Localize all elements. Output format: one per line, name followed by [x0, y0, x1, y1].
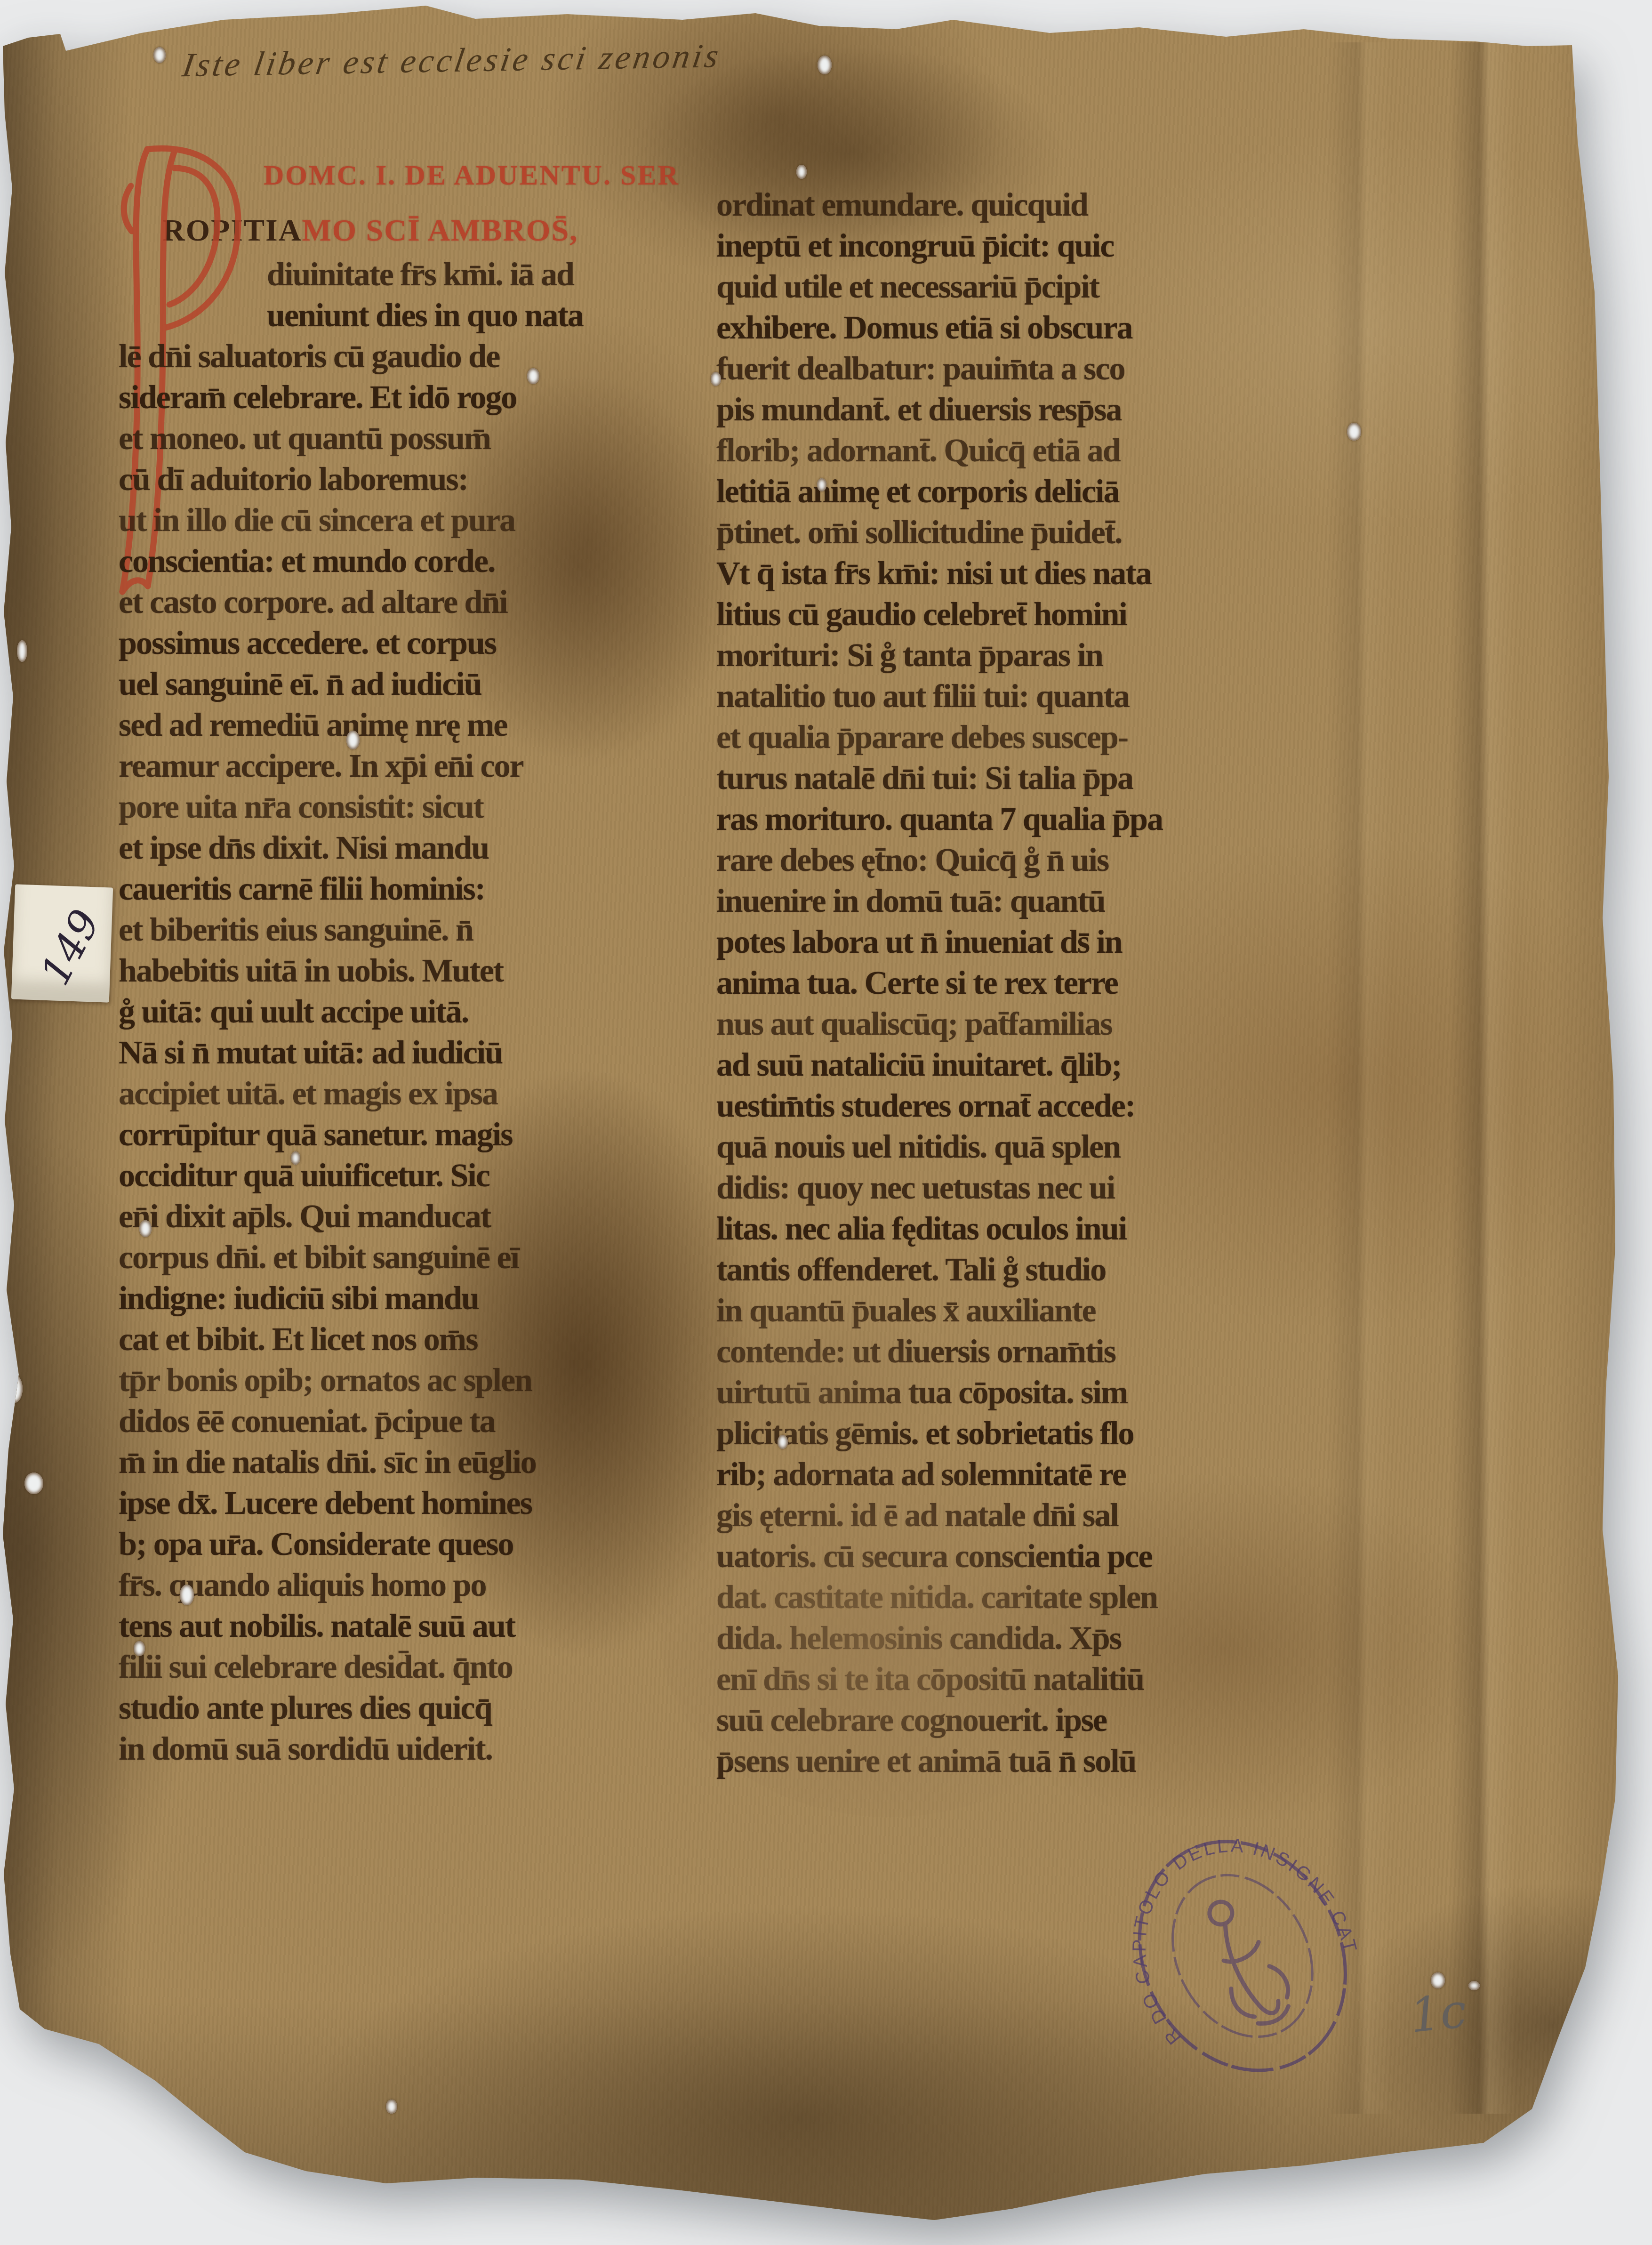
manuscript-line: sed ad remediū animę nrę me [119, 705, 721, 746]
manuscript-line: g̊ uitā: qui uult accipe uitā. [119, 991, 721, 1032]
manuscript-line: tp̄r bonis opib; ornatos ac splen [119, 1360, 721, 1401]
manuscript-line: reamur accipere. In xp̄i en̄i cor [119, 746, 721, 787]
manuscript-line: p̄sens uenire et animā tuā n̄ solū [716, 1741, 1366, 1782]
shelf-label: 149 [11, 884, 113, 1002]
manuscript-line: studio ante plures dies quicq̄ [119, 1688, 721, 1729]
worm-hole [24, 1473, 43, 1494]
worm-hole [7, 1375, 23, 1403]
manuscript-line: conscientia: et mundo corde. [119, 541, 721, 582]
manuscript-line: filii sui celebrare desid̄at. q̄nto [119, 1647, 721, 1688]
manuscript-line: contende: ut diuersis ornam̄tis [716, 1331, 1366, 1372]
manuscript-line: p̄tinet. om̄i sollicitudine p̄uidet̄. [716, 512, 1366, 553]
manuscript-line: turus natalē dn̄i tui: Si talia p̄pa [716, 758, 1366, 799]
manuscript-line: in quantū p̄uales x̄ auxiliante [716, 1290, 1366, 1331]
worm-hole [796, 165, 807, 179]
manuscript-line: anima tua. Certe si te rex terre [716, 963, 1366, 1004]
manuscript-line: b; opa ur̄a. Considerate queso [119, 1524, 721, 1565]
manuscript-line: litius cū gaudio celebret̄ homini [716, 594, 1366, 635]
manuscript-line: possimus accedere. et corpus [119, 623, 721, 664]
worm-hole [817, 478, 826, 491]
worm-hole [153, 47, 166, 63]
manuscript-line: dida. helemosinis candida. Xp̄s [716, 1618, 1366, 1659]
manuscript-line: lē dn̄i saluatoris cū gaudio de [119, 336, 721, 377]
manuscript-line: in domū suā sordidū uiderit. [119, 1729, 721, 1770]
manuscript-line: exhibere. Domus etiā si obscura [716, 307, 1366, 348]
manuscript-line: uestim̄tis studeres ornat̄ accede: [716, 1086, 1366, 1127]
manuscript-line: morituri: Si g̊ tanta p̄paras in [716, 635, 1366, 676]
manuscript-line: florib; adornant̄. Quicq̄ etiā ad [716, 430, 1366, 471]
manuscript-line: cat et bibit. Et licet nos om̄s [119, 1319, 721, 1360]
text-column-left: diuinitate fr̄s km̄i. iā adueniunt dies … [119, 254, 721, 1770]
worm-hole [818, 56, 832, 74]
manuscript-line: dat. castitate nitida. caritate splen [716, 1577, 1366, 1618]
parchment-leaf-wrapper: Iste liber est ecclesie sci zenonis DOMC… [0, 0, 1652, 2245]
manuscript-line: et casto corpore. ad altare dn̄i [119, 582, 721, 623]
manuscript-line: habebitis uitā in uobis. Mutet [119, 950, 721, 991]
manuscript-line: uel sanguinē eī. n̄ ad iudiciū [119, 664, 721, 705]
manuscript-line: et moneo. ut quantū possum̄ [119, 418, 721, 459]
rubric-line-1: DOMC. I. DE ADUENTU. SER [264, 159, 680, 192]
manuscript-line: pis mundant̄. et diuersis resp̄sa [716, 389, 1366, 430]
manuscript-line: nus aut qualiscūq; pat̄familias [716, 1004, 1366, 1045]
worm-hole [778, 1435, 788, 1449]
manuscript-line: Vt q̄ ista fr̄s km̄i: nisi ut dies nata [716, 553, 1366, 594]
worm-hole [134, 1641, 145, 1656]
manuscript-line: diuinitate fr̄s km̄i. iā ad [267, 254, 721, 295]
manuscript-line: potes labora ut n̄ inueniat ds̄ in [716, 922, 1366, 963]
manuscript-line: letitiā animę et corporis deliciā [716, 471, 1366, 512]
manuscript-line: uatoris. cū secura conscientia pce [716, 1536, 1366, 1577]
manuscript-line: ipse dx̄. Lucere debent homines [119, 1483, 721, 1524]
scanner-background: Iste liber est ecclesie sci zenonis DOMC… [0, 0, 1652, 2245]
parchment-crease [1450, 42, 1516, 2114]
manuscript-line: enī dn̄s si te ita cōpositū natalitiū [716, 1659, 1366, 1700]
manuscript-line: didos ēē conueniat. p̄cipue ta [119, 1401, 721, 1442]
manuscript-line: tantis offenderet. Tali g̊ studio [716, 1249, 1366, 1290]
worm-hole [1347, 423, 1361, 441]
manuscript-line: tens aut nobilis. natalē suū aut [119, 1606, 721, 1647]
worm-hole [711, 372, 721, 386]
parchment-leaf: Iste liber est ecclesie sci zenonis DOMC… [0, 0, 1652, 2245]
pencil-mark: 1c [1407, 1983, 1469, 2044]
manuscript-line: quid utile et necessariū p̄cipit [716, 266, 1366, 307]
library-stamp: R.DO CAPITOLO DELLA INSIGNE CATTEDRALE D… [1106, 1810, 1379, 2102]
shelf-label-number: 149 [32, 902, 109, 993]
manuscript-line: quā nouis uel nitidis. quā splen [716, 1127, 1366, 1167]
manuscript-line: Nā si n̄ mutat uitā: ad iudiciū [119, 1032, 721, 1073]
worm-hole [527, 368, 539, 384]
svg-text:R.DO CAPITOLO DELLA INSIGNE CA: R.DO CAPITOLO DELLA INSIGNE CATTEDRALE D… [1106, 1810, 1366, 2069]
manuscript-line: sideram̄ celebrare. Et idō rogo [119, 377, 721, 418]
manuscript-line: inuenire in domū tuā: quantū [716, 881, 1366, 922]
manuscript-line: litas. nec alia fęditas oculos inui [716, 1208, 1366, 1249]
worm-hole [291, 1151, 300, 1165]
worm-hole [139, 1220, 152, 1237]
manuscript-line: fuerit dealbatur: pauim̄ta a sco [716, 348, 1366, 389]
worm-hole [180, 1585, 194, 1605]
text-column-right: ordinat emundare. quicquidineptū et inco… [716, 185, 1366, 1782]
manuscript-line: plicitatis gēmis. et sobrietatis flo [716, 1413, 1366, 1454]
manuscript-line: ut in illo die cū sincera et pura [119, 500, 721, 541]
manuscript-line: fr̄s. quando aliquis homo po [119, 1565, 721, 1606]
manuscript-line: corrūpitur quā sanetur. magis [119, 1114, 721, 1155]
worm-hole [1468, 1981, 1480, 1990]
manuscript-line: natalitio tuo aut filii tui: quanta [716, 676, 1366, 717]
ownership-note: Iste liber est ecclesie sci zenonis [180, 33, 892, 85]
manuscript-line: accipiet uitā. et magis ex ipsa [119, 1073, 721, 1114]
manuscript-line: suū celebrare cognouerit. ipse [716, 1700, 1366, 1741]
manuscript-line: ad suū nataliciū inuitaret. q̄lib; [716, 1045, 1366, 1086]
manuscript-line: et biberitis eius sanguinē. n̄ [119, 909, 721, 950]
manuscript-line: et ipse dn̄s dixit. Nisi mandu [119, 828, 721, 869]
worm-hole [17, 640, 27, 662]
manuscript-line: corpus dn̄i. et bibit sanguinē eī [119, 1237, 721, 1278]
manuscript-line: ras morituro. quanta 7 qualia p̄pa [716, 799, 1366, 840]
stamp-ring-text: R.DO CAPITOLO DELLA INSIGNE CATTEDRALE D… [1106, 1810, 1366, 2069]
manuscript-line: indigne: iudiciū sibi mandu [119, 1278, 721, 1319]
worm-hole [386, 2100, 397, 2114]
manuscript-line: et qualia p̄parare debes suscep- [716, 717, 1366, 758]
manuscript-line: ineptū et incongruū p̄icit: quic [716, 225, 1366, 266]
manuscript-line: rib; adornata ad solemnitatē re [716, 1454, 1366, 1495]
worm-hole [41, 2122, 54, 2136]
worm-hole [346, 731, 360, 749]
manuscript-line: ueniunt dies in quo nata [267, 295, 721, 336]
manuscript-line: pore uita nr̄a consistit: sicut [119, 787, 721, 828]
manuscript-line: didis: quoy nec uetustas nec ui [716, 1167, 1366, 1208]
manuscript-line: uirtutū anima tua cōposita. sim [716, 1372, 1366, 1413]
manuscript-line: cū dī aduitorio laboremus: [119, 459, 721, 500]
manuscript-line: en̄i dixit ap̄ls. Qui manducat [119, 1196, 721, 1237]
manuscript-line: ordinat emundare. quicquid [716, 185, 1366, 225]
manuscript-line: m̄ in die natalis dn̄i. sīc in eūglio [119, 1442, 721, 1483]
manuscript-line: rare debes ęt̄no: Quicq̄ g̊ n̄ uis [716, 840, 1366, 881]
manuscript-line: occiditur quā uiuificetur. Sic [119, 1155, 721, 1196]
manuscript-line: gis ęterni. id ē ad natale dn̄i sal [716, 1495, 1366, 1536]
manuscript-line: caueritis carnē filii hominis: [119, 869, 721, 909]
rubric-line-2-red-part: MO SCĪ AMBROS̄, [302, 213, 578, 248]
